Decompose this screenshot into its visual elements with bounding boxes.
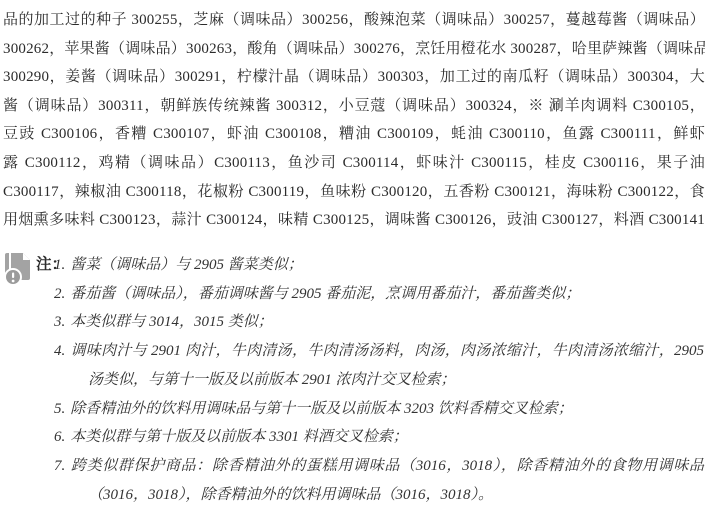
paragraph-line: 300262，苹果酱（调味品）300263，酸角（调味品）300276，烹饪用橙… bbox=[3, 35, 705, 64]
paragraph-line: 豆豉 C300106，香糟 C300107，虾油 C300108，糟油 C300… bbox=[3, 120, 705, 149]
paragraph-line: 酱（调味品）300311，朝鲜族传统辣酱 300312，小豆蔻（调味品）3003… bbox=[3, 92, 705, 121]
note-item-number: 5. bbox=[54, 401, 65, 417]
note-item-7: 7.跨类似群保护商品：除香精油外的蛋糕用调味品（3016，3018），除香精油外… bbox=[54, 452, 704, 509]
paragraph-line: 用烟熏多味料 C300123，蒜汁 C300124，味精 C300125，调味酱… bbox=[3, 206, 705, 235]
note-item-number: 6. bbox=[54, 429, 65, 445]
note-item-text: 番茄酱（调味品），番茄调味酱与 2905 番茄泥，烹调用番茄汁，番茄酱类似； bbox=[70, 286, 580, 302]
note-item-text: 酱菜（调味品）与 2905 酱菜类似； bbox=[70, 257, 303, 273]
note-item-text: 跨类似群保护商品：除香精油外的蛋糕用调味品（3016，3018），除香精油外的食… bbox=[70, 458, 704, 503]
note-book-icon bbox=[3, 252, 33, 286]
note-item-2: 2.番茄酱（调味品），番茄调味酱与 2905 番茄泥，烹调用番茄汁，番茄酱类似； bbox=[54, 280, 704, 309]
note-item-text: 除香精油外的饮料用调味品与第十一版及以前版本 3203 饮料香精交叉检索； bbox=[70, 401, 573, 417]
note-item-text: 本类似群与 3014，3015 类似； bbox=[70, 314, 273, 330]
paragraph-line: 品的加工过的种子 300255，芝麻（调味品）300256，酸辣泡菜（调味品）3… bbox=[3, 6, 705, 35]
note-item-4: 4.调味肉汁与 2901 肉汁，牛肉清汤，牛肉清汤汤料，肉汤，肉汤浓缩汁，牛肉清… bbox=[54, 337, 704, 394]
note-item-number: 2. bbox=[54, 286, 65, 302]
note-item-text: 调味肉汁与 2901 肉汁，牛肉清汤，牛肉清汤汤料，肉汤，肉汤浓缩汁，牛肉清汤浓… bbox=[70, 343, 704, 388]
note-item-6: 6.本类似群与第十版及以前版本 3301 料酒交叉检索； bbox=[54, 423, 704, 452]
classification-paragraph: 品的加工过的种子 300255，芝麻（调味品）300256，酸辣泡菜（调味品）3… bbox=[3, 6, 705, 235]
paragraph-line: 300290，姜酱（调味品）300291，柠檬汁晶（调味品）300303，加工过… bbox=[3, 63, 705, 92]
document-page: 品的加工过的种子 300255，芝麻（调味品）300256，酸辣泡菜（调味品）3… bbox=[0, 0, 708, 512]
note-item-number: 1. bbox=[54, 257, 65, 273]
note-item-5: 5.除香精油外的饮料用调味品与第十一版及以前版本 3203 饮料香精交叉检索； bbox=[54, 395, 704, 424]
paragraph-line: 露 C300112，鸡精（调味品）C300113，鱼沙司 C300114，虾味汁… bbox=[3, 149, 705, 178]
note-list: 1.酱菜（调味品）与 2905 酱菜类似； 2.番茄酱（调味品），番茄调味酱与 … bbox=[54, 251, 704, 509]
note-item-number: 4. bbox=[54, 343, 65, 359]
note-item-text: 本类似群与第十版及以前版本 3301 料酒交叉检索； bbox=[70, 429, 408, 445]
paragraph-line: C300117，辣椒油 C300118，花椒粉 C300119，鱼味粉 C300… bbox=[3, 178, 705, 207]
note-item-number: 3. bbox=[54, 314, 65, 330]
note-item-number: 7. bbox=[54, 458, 65, 474]
note-item-1: 1.酱菜（调味品）与 2905 酱菜类似； bbox=[54, 251, 704, 280]
note-item-3: 3.本类似群与 3014，3015 类似； bbox=[54, 308, 704, 337]
